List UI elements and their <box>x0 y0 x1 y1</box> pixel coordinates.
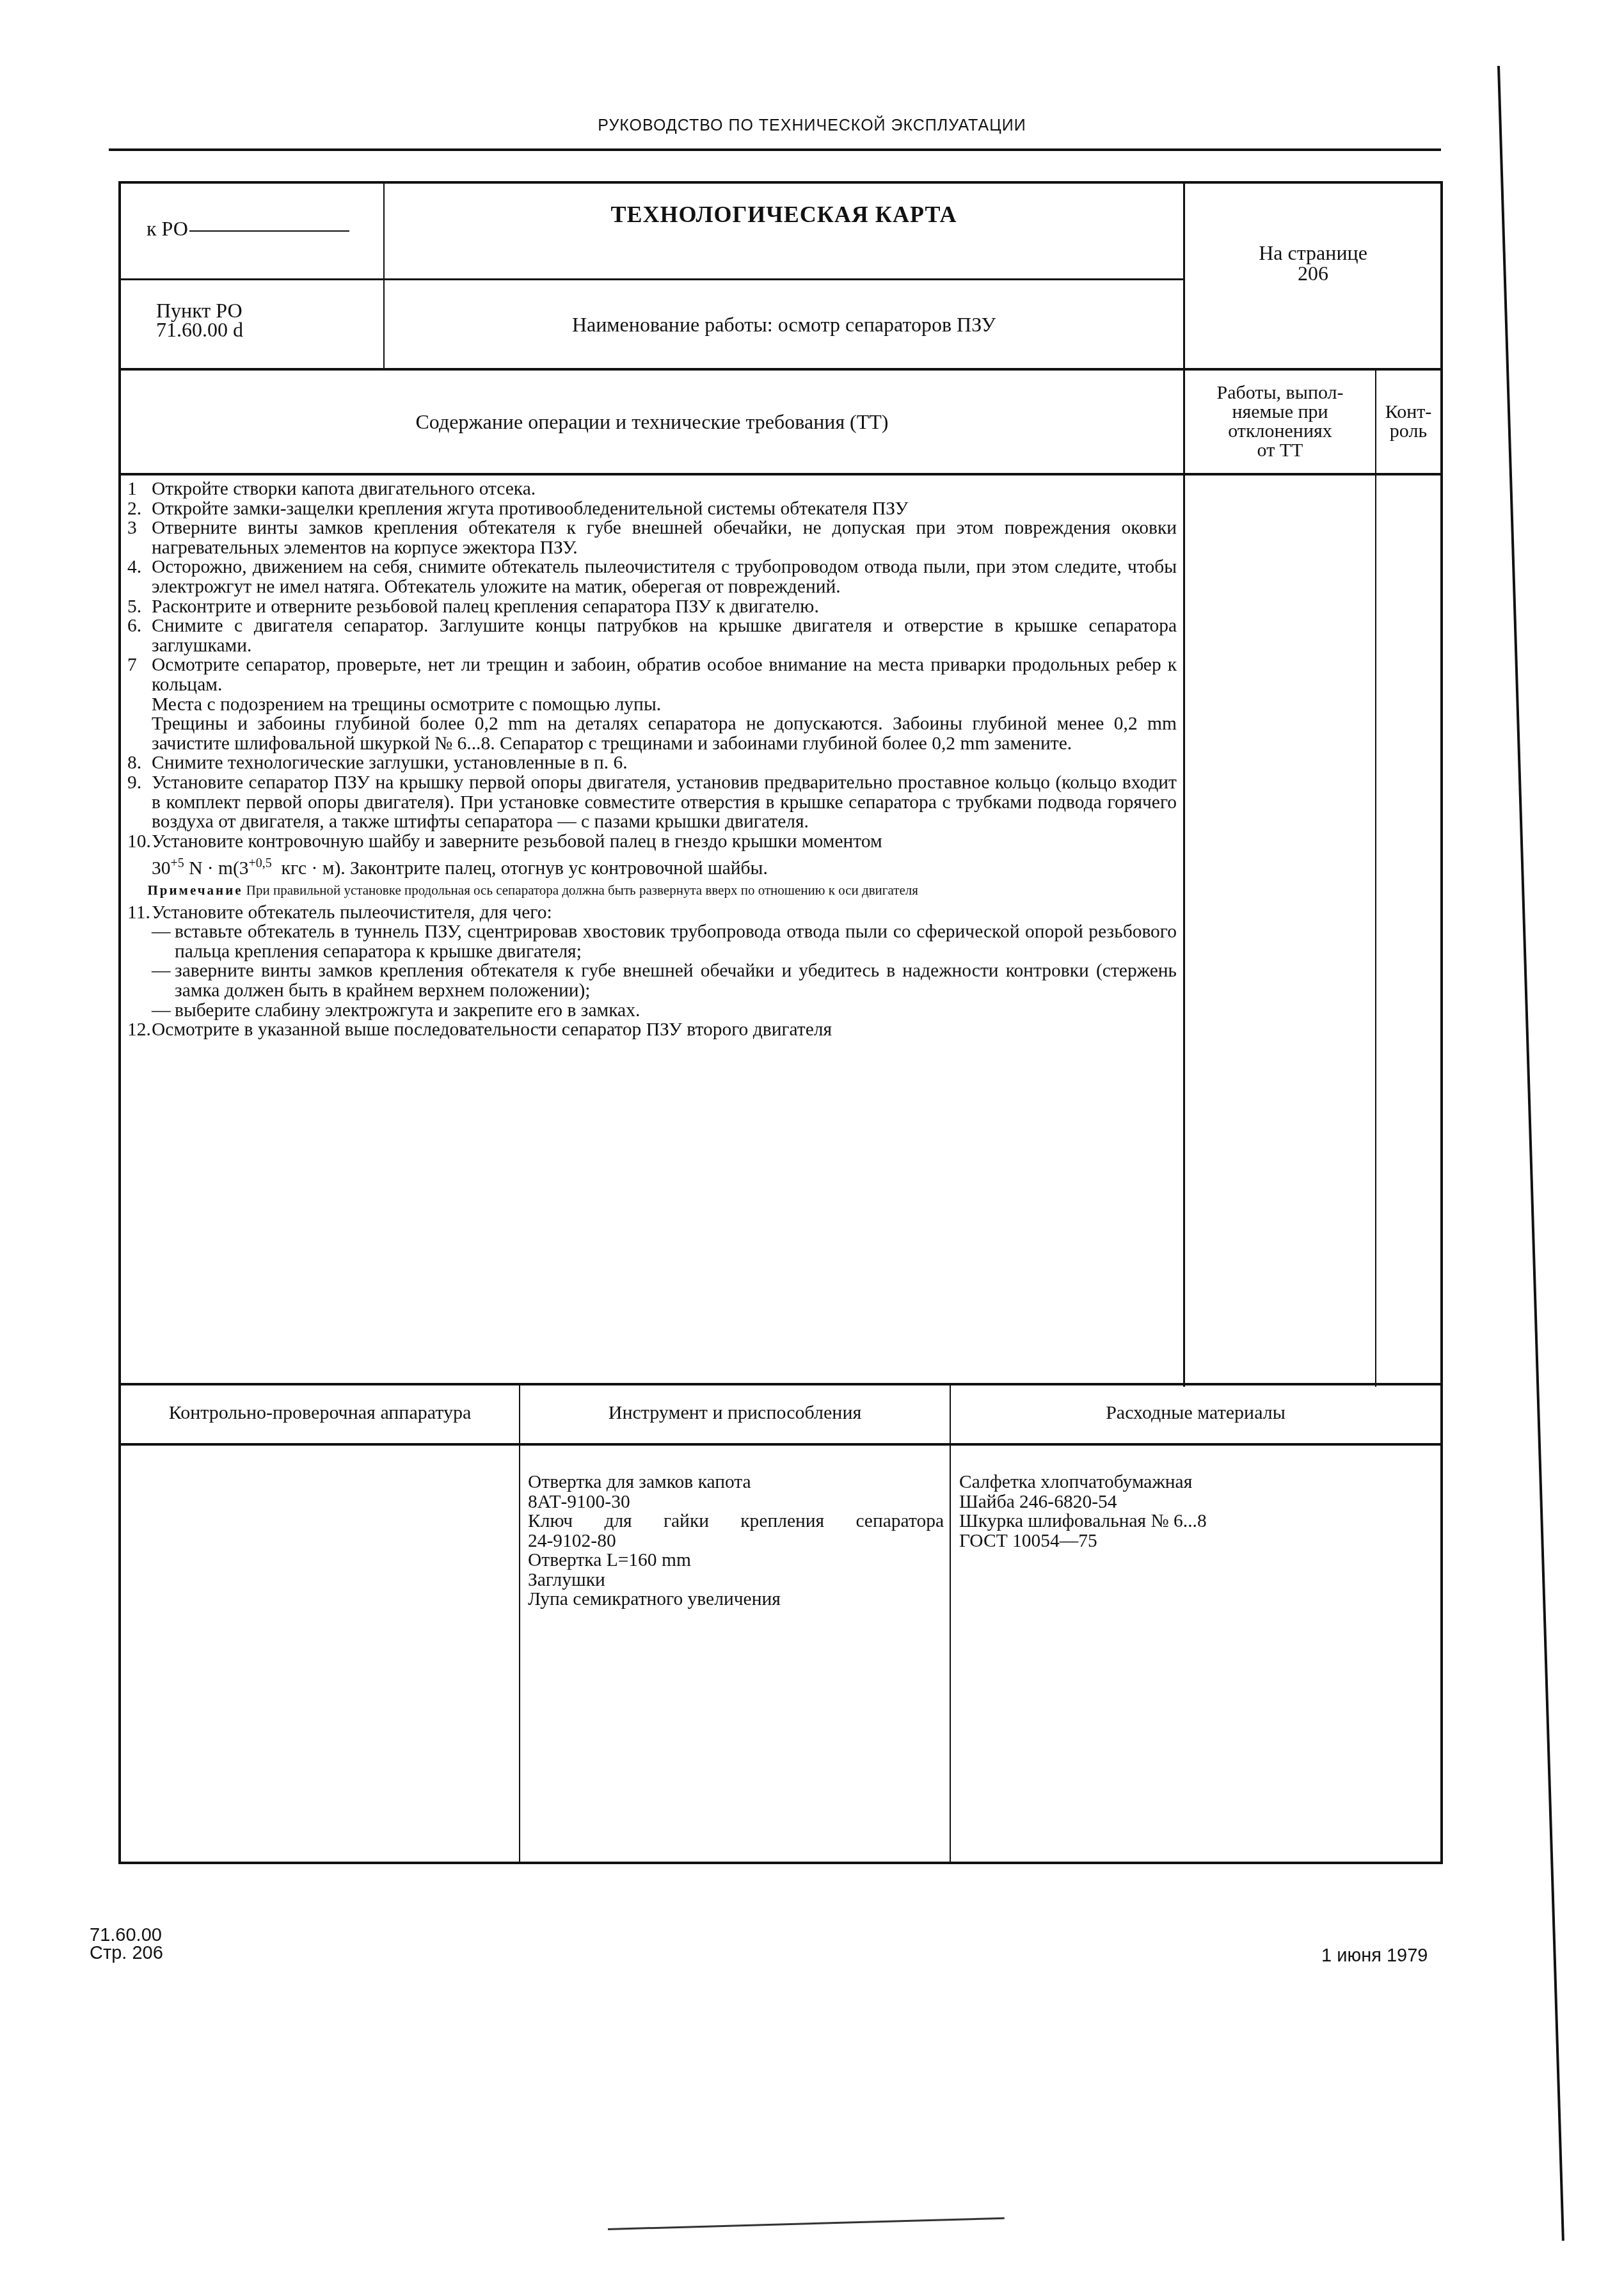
step-item: 7Осмотрите сепаратор, проверьте, нет ли … <box>127 655 1177 694</box>
deviation-label-line: от ТТ <box>1257 441 1303 460</box>
step-number: 11. <box>127 903 152 923</box>
equipment-header-label: Контрольно-проверочная аппаратура <box>169 1402 472 1424</box>
step-detail: Трещины и забоины глубиной более 0,2 mm … <box>127 714 1177 753</box>
step-item: 1Откройте створки капота двигательного о… <box>127 479 1177 499</box>
material-item: Шайба 246-6820-54 <box>959 1492 1433 1512</box>
col-divider-3 <box>1375 369 1376 1387</box>
tool-item: Отвертка для замков капота <box>528 1473 944 1492</box>
step-number: 9. <box>127 773 152 832</box>
step-item: 8.Снимите технологические заглушки, уста… <box>127 753 1177 773</box>
sub-step-text: заверните винты замков крепления обтекат… <box>175 961 1177 1000</box>
step-number: 1 <box>127 479 152 499</box>
tool-item: 24-9102-80 <box>528 1531 944 1551</box>
resources-table: Контрольно-проверочная аппаратура Инстру… <box>118 1383 1443 1864</box>
card-title-cell: ТЕХНОЛОГИЧЕСКАЯ КАРТА <box>385 184 1183 245</box>
header-rule <box>109 148 1441 151</box>
step-item: 10.Установите контровочную шайбу и завер… <box>127 832 1177 852</box>
torque-kgf-tolerance: +0,5 <box>249 856 272 870</box>
equipment-header: Контрольно-проверочная аппаратура <box>121 1383 519 1443</box>
step-item: 11.Установите обтекатель пылеочистителя,… <box>127 903 1177 923</box>
sub-step-text: выберите слабину электрожгута и закрепит… <box>175 1001 1177 1021</box>
tools-header: Инструмент и приспособления <box>520 1383 950 1443</box>
punkt-label: Пункт РО <box>156 301 243 320</box>
technological-card: к РО ТЕХНОЛОГИЧЕСКАЯ КАРТА Пункт РО 71.6… <box>118 181 1443 1385</box>
step-item: 6.Снимите с двигателя сепаратор. Заглуши… <box>127 616 1177 655</box>
material-item: Салфетка хлопчатобумажная <box>959 1473 1433 1492</box>
materials-header: Расходные материалы <box>951 1383 1440 1443</box>
materials-header-label: Расходные материалы <box>1106 1402 1286 1424</box>
dash-bullet: — <box>152 922 175 961</box>
step-item: 12.Осмотрите в указанной выше последоват… <box>127 1020 1177 1040</box>
control-label-line: роль <box>1390 422 1427 441</box>
content-column-label: Содержание операции и технические требов… <box>415 411 888 433</box>
footer-date: 1 июня 1979 <box>1321 1945 1428 1967</box>
punkt-value: 71.60.00 d <box>156 320 243 339</box>
torque-kgf-unit: кгс · м <box>282 858 335 879</box>
scan-smudge <box>608 2217 1005 2230</box>
control-label-line: Конт- <box>1385 403 1432 422</box>
note-text: При правильной установке продольная ось … <box>246 882 918 898</box>
torque-nm-base: 30 <box>152 858 171 879</box>
step-number: 12. <box>127 1020 152 1040</box>
torque-nm-unit: N · m <box>189 858 233 879</box>
step-text: Осмотрите в указанной выше последователь… <box>152 1020 1177 1040</box>
tool-item: Лупа семикратного увеличения <box>528 1590 944 1609</box>
k-ro-blank <box>189 230 349 232</box>
tools-list: Отвертка для замков капота 8АТ-9100-30 К… <box>528 1473 944 1609</box>
resources-header-divider <box>121 1443 1440 1446</box>
k-ro-field: к РО <box>147 217 349 241</box>
torque-nm-tolerance: +5 <box>171 856 184 870</box>
step-number: 7 <box>127 655 152 694</box>
step-number: 8. <box>127 753 152 773</box>
step-text: Осторожно, движением на себя, снимите об… <box>152 557 1177 596</box>
step-item: 5.Расконтрите и отверните резьбовой пале… <box>127 597 1177 617</box>
tool-item: 8АТ-9100-30 <box>528 1492 944 1512</box>
step-text: Установите сепаратор ПЗУ на крышку перво… <box>152 773 1177 832</box>
step-item: 2.Откройте замки-защелки крепления жгута… <box>127 499 1177 519</box>
step-number: 2. <box>127 499 152 519</box>
operation-steps: 1Откройте створки капота двигательного о… <box>127 479 1177 1040</box>
control-column-header: Конт- роль <box>1376 371 1440 473</box>
row-divider-1 <box>121 278 1183 280</box>
step-text: Осмотрите сепаратор, проверьте, нет ли т… <box>152 655 1177 694</box>
torque-tail: ). Законтрите палец, отогнув ус контрово… <box>334 858 767 879</box>
deviation-label-line: Работы, выпол- <box>1216 383 1343 403</box>
content-column-header: Содержание операции и технические требов… <box>121 371 1183 473</box>
on-page-cell: На странице 206 <box>1185 184 1441 368</box>
tools-header-label: Инструмент и приспособления <box>609 1402 862 1424</box>
work-name-cell: Наименование работы: осмотр сепараторов … <box>385 281 1183 368</box>
tool-item: Заглушки <box>528 1570 944 1590</box>
material-item: ГОСТ 10054—75 <box>959 1531 1433 1551</box>
step-item: 3Отверните винты замков крепления обтека… <box>127 518 1177 557</box>
step-text: Снимите с двигателя сепаратор. Заглушите… <box>152 616 1177 655</box>
on-page-label: На странице <box>1259 243 1367 263</box>
note: Примечание При правильной установке прод… <box>127 882 1177 898</box>
step-text: Откройте створки капота двигательного от… <box>152 479 1177 499</box>
note-label: Примечание <box>148 882 243 898</box>
deviation-label-line: отклонениях <box>1228 422 1332 441</box>
tool-item: Ключ для гайки крепления сепаратора <box>528 1512 944 1531</box>
footer-doc-ref: 71.60.00 Стр. 206 <box>90 1926 163 1962</box>
step-number: 4. <box>127 557 152 596</box>
step-number: 6. <box>127 616 152 655</box>
running-head: РУКОВОДСТВО ПО ТЕХНИЧЕСКОЙ ЭКСПЛУАТАЦИИ <box>0 116 1624 135</box>
card-title: ТЕХНОЛОГИЧЕСКАЯ КАРТА <box>610 201 957 228</box>
punkt-ro: Пункт РО 71.60.00 d <box>156 301 243 339</box>
sub-step-text: вставьте обтекатель в туннель ПЗУ, сцент… <box>175 922 1177 961</box>
resources-col-divider-1 <box>519 1383 520 1862</box>
step-number: 10. <box>127 832 152 852</box>
deviation-column-header: Работы, выпол- няемые при отклонениях от… <box>1185 371 1375 473</box>
work-name: Наименование работы: осмотр сепараторов … <box>572 313 996 337</box>
torque-kgf-base: 3 <box>239 858 249 879</box>
step-text: Откройте замки-защелки крепления жгута п… <box>152 499 1177 519</box>
step-text: Снимите технологические заглушки, устано… <box>152 753 1177 773</box>
tool-item: Отвертка L=160 mm <box>528 1551 944 1570</box>
step-item: 9.Установите сепаратор ПЗУ на крышку пер… <box>127 773 1177 832</box>
torque-value: 30+5 N · m(3+0,5 кгс · м). Законтрите па… <box>127 854 1177 878</box>
footer-page: Стр. 206 <box>90 1944 163 1962</box>
resources-col-divider-2 <box>950 1383 951 1862</box>
footer-doc-code: 71.60.00 <box>90 1926 163 1944</box>
sub-step: —вставьте обтекатель в туннель ПЗУ, сцен… <box>127 922 1177 961</box>
scan-edge-line <box>1497 66 1564 2241</box>
material-item: Шкурка шлифовальная № 6...8 <box>959 1512 1433 1531</box>
step-text: Установите обтекатель пылеочистителя, дл… <box>152 903 1177 923</box>
step-number: 3 <box>127 518 152 557</box>
step-text: Расконтрите и отверните резьбовой палец … <box>152 597 1177 617</box>
step-number: 5. <box>127 597 152 617</box>
materials-list: Салфетка хлопчатобумажная Шайба 246-6820… <box>959 1473 1433 1551</box>
on-page-number: 206 <box>1298 263 1328 283</box>
dash-bullet: — <box>152 961 175 1000</box>
k-ro-label: к РО <box>147 217 188 240</box>
deviation-label-line: няемые при <box>1232 403 1328 422</box>
sub-step: —заверните винты замков крепления обтека… <box>127 961 1177 1000</box>
step-detail: Места с подозрением на трещины осмотрите… <box>127 695 1177 715</box>
step-text: Установите контровочную шайбу и завернит… <box>152 832 1177 852</box>
dash-bullet: — <box>152 1001 175 1021</box>
row-divider-3 <box>121 473 1440 475</box>
sub-step: —выберите слабину электрожгута и закрепи… <box>127 1001 1177 1021</box>
step-item: 4.Осторожно, движением на себя, снимите … <box>127 557 1177 596</box>
step-text: Отверните винты замков крепления обтекат… <box>152 518 1177 557</box>
